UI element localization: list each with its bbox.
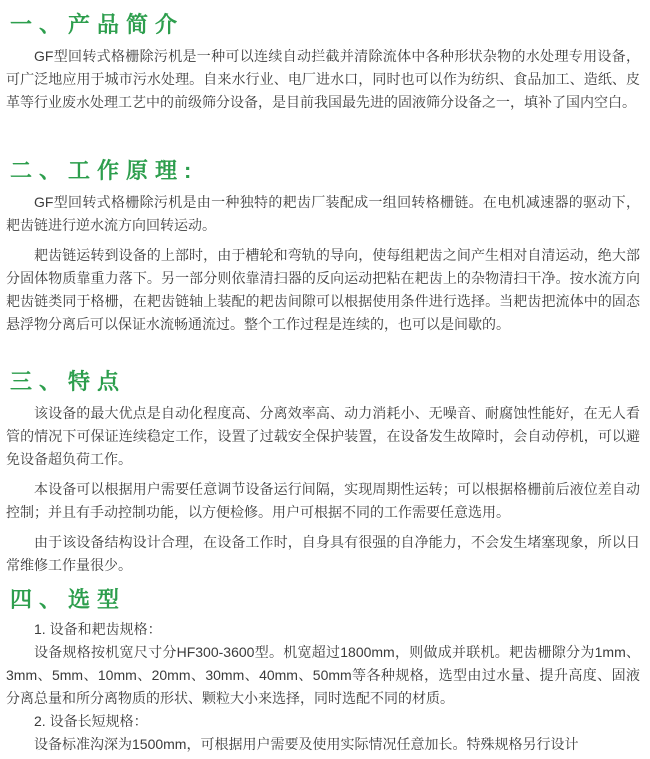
section-product-intro: 一、产品简介 GF型回转式格栅除污机是一种可以连续自动拦截并清除流体中各种形状杂… [6, 12, 640, 114]
paragraph-features-3: 由于该设备结构设计合理，在设备工作时，自身具有很强的自净能力，不会发生堵塞现象，… [6, 531, 640, 577]
paragraph-working-principle-1: GF型回转式格栅除污机是由一种独特的耙齿厂装配成一组回转格栅链。在电机减速器的驱… [6, 191, 640, 237]
selection-item-1-title: 1. 设备和耙齿规格： [6, 618, 640, 641]
paragraph-features-1: 该设备的最大优点是自动化程度高、分离效率高、动力消耗小、无噪音、耐腐蚀性能好，在… [6, 402, 640, 471]
selection-item-1-body: 设备规格按机宽尺寸分HF300-3600型。机宽超过1800mm，则做成并联机。… [6, 641, 640, 710]
section-heading-working-principle: 二、工作原理: [10, 158, 640, 184]
section-features: 三、特点 该设备的最大优点是自动化程度高、分离效率高、动力消耗小、无噪音、耐腐蚀… [6, 369, 640, 577]
paragraph-features-2: 本设备可以根据用户需要任意调节设备运行间隔，实现周期性运转；可以根据格栅前后液位… [6, 478, 640, 524]
document-page: 一、产品简介 GF型回转式格栅除污机是一种可以连续自动拦截并清除流体中各种形状杂… [6, 12, 640, 756]
selection-item-2-body: 设备标准沟深为1500mm，可根据用户需要及使用实际情况任意加长。特殊规格另行设… [6, 733, 640, 756]
section-heading-selection: 四、选型 [10, 587, 640, 613]
section-selection: 四、选型 1. 设备和耙齿规格： 设备规格按机宽尺寸分HF300-3600型。机… [6, 587, 640, 756]
section-heading-features: 三、特点 [10, 369, 640, 395]
section-heading-product-intro: 一、产品简介 [10, 12, 640, 38]
paragraph-working-principle-2: 耙齿链运转到设备的上部时，由于槽轮和弯轨的导向，使每组耙齿之间产生相对自清运动，… [6, 244, 640, 336]
selection-item-2-title: 2. 设备长短规格： [6, 710, 640, 733]
section-working-principle: 二、工作原理: GF型回转式格栅除污机是由一种独特的耙齿厂装配成一组回转格栅链。… [6, 158, 640, 336]
paragraph-product-intro: GF型回转式格栅除污机是一种可以连续自动拦截并清除流体中各种形状杂物的水处理专用… [6, 45, 640, 114]
